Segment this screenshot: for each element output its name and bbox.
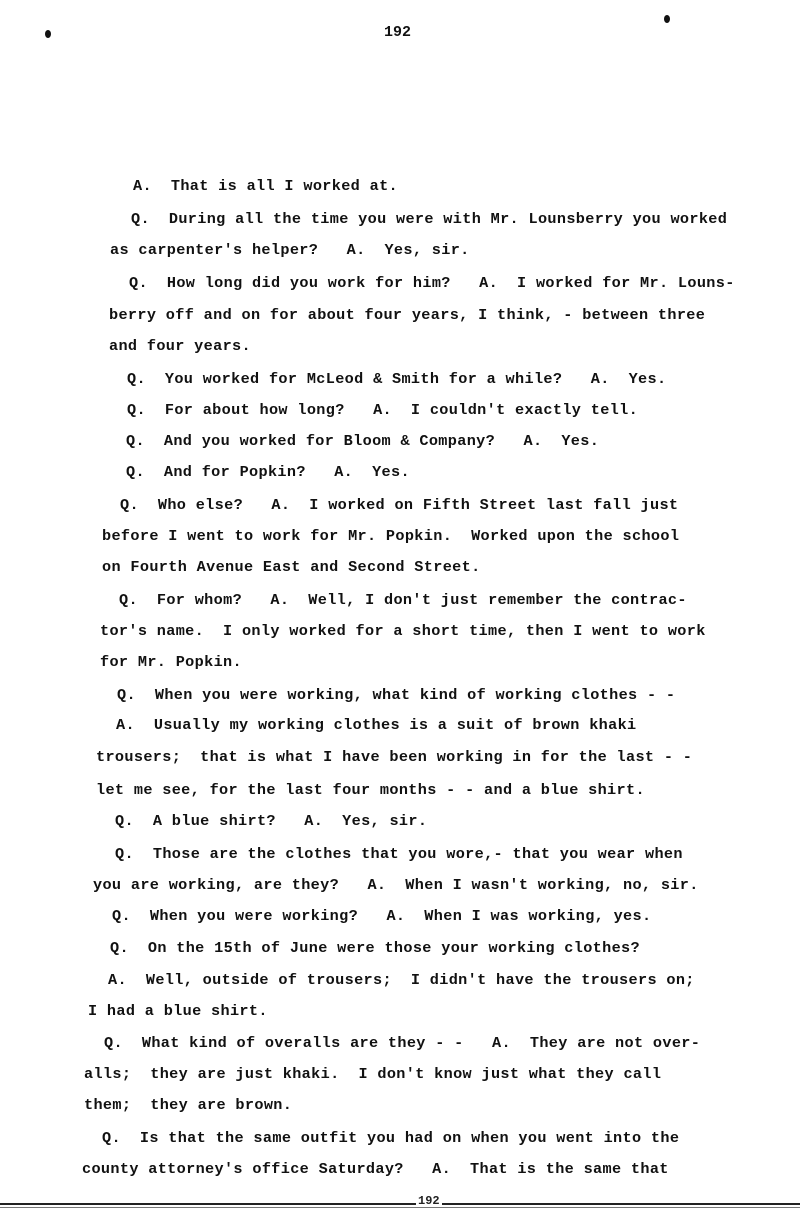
transcript-line: on Fourth Avenue East and Second Street. [102, 558, 481, 576]
transcript-line: tor's name. I only worked for a short ti… [100, 622, 706, 640]
transcript-line: as carpenter's helper? A. Yes, sir. [110, 241, 470, 259]
transcript-line: Q. For about how long? A. I couldn't exa… [127, 401, 638, 419]
transcript-line: them; they are brown. [84, 1096, 292, 1114]
transcript-line: Q. And you worked for Bloom & Company? A… [126, 432, 599, 450]
transcript-line: Q. On the 15th of June were those your w… [110, 939, 640, 957]
transcript-line: for Mr. Popkin. [100, 653, 242, 671]
transcript-line: alls; they are just khaki. I don't know … [84, 1065, 661, 1083]
transcript-line: Q. How long did you work for him? A. I w… [129, 274, 735, 292]
transcript-line: let me see, for the last four months - -… [96, 781, 645, 799]
footer-page-number: 192 [416, 1195, 442, 1207]
transcript-line: Q. Who else? A. I worked on Fifth Street… [120, 496, 678, 514]
transcript-line: Q. And for Popkin? A. Yes. [126, 463, 410, 481]
footer-rule [0, 1207, 800, 1208]
transcript-page: 192 A. That is all I worked at. Q. Durin… [0, 0, 800, 1212]
transcript-line: and four years. [109, 337, 251, 355]
transcript-line: Q. Those are the clothes that you wore,-… [115, 845, 683, 863]
transcript-line: trousers; that is what I have been worki… [96, 748, 692, 766]
transcript-line: I had a blue shirt. [88, 1002, 268, 1020]
footer-rule [0, 1203, 800, 1205]
transcript-line: before I went to work for Mr. Popkin. Wo… [102, 527, 679, 545]
transcript-line: you are working, are they? A. When I was… [93, 876, 699, 894]
transcript-line: Q. When you were working, what kind of w… [117, 686, 675, 704]
transcript-line: Q. You worked for McLeod & Smith for a w… [127, 370, 666, 388]
transcript-line: Q. A blue shirt? A. Yes, sir. [115, 812, 427, 830]
transcript-line: Q. During all the time you were with Mr.… [131, 210, 727, 228]
transcript-line: Q. Is that the same outfit you had on wh… [102, 1129, 679, 1147]
transcript-line: A. That is all I worked at. [133, 177, 398, 195]
punch-hole-mark [45, 30, 51, 38]
transcript-line: county attorney's office Saturday? A. Th… [82, 1160, 669, 1178]
transcript-line: A. Usually my working clothes is a suit … [116, 716, 637, 734]
transcript-line: berry off and on for about four years, I… [109, 306, 705, 324]
transcript-line: A. Well, outside of trousers; I didn't h… [108, 971, 695, 989]
page-number: 192 [384, 24, 411, 41]
transcript-line: Q. What kind of overalls are they - - A.… [104, 1034, 700, 1052]
transcript-line: Q. When you were working? A. When I was … [112, 907, 651, 925]
transcript-line: Q. For whom? A. Well, I don't just remem… [119, 591, 687, 609]
punch-hole-mark [664, 15, 670, 23]
